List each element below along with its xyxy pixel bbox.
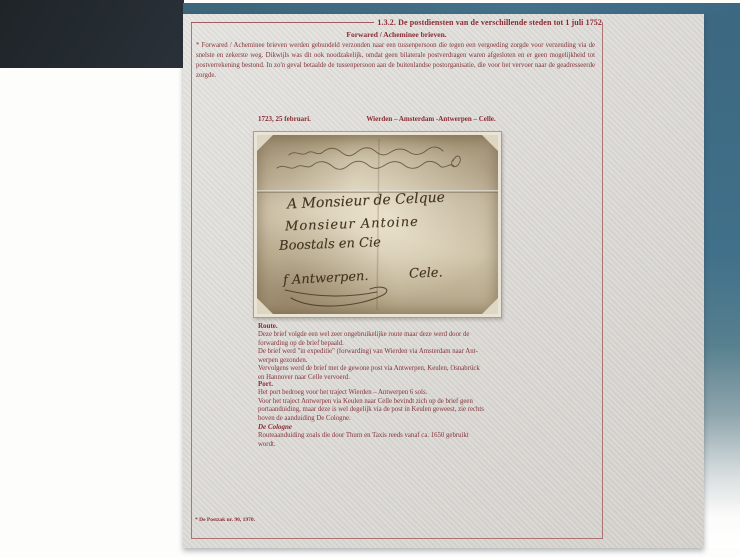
header-rule-line	[191, 22, 374, 23]
scanned-exhibit-photo: 1.3.2. De postdiensten van de verschille…	[0, 0, 740, 557]
route-heading: Route.	[258, 322, 278, 330]
intro-paragraph: * Forwared / Acheminee brieven werden ge…	[196, 41, 595, 81]
item-route: Wierden – Amsterdam -Antwerpen – Celle.	[355, 115, 507, 123]
port-text: Het port bedroeg voor het traject Wierde…	[258, 389, 510, 423]
photo-backdrop-top	[183, 3, 740, 14]
letter-paper: A Monsieur de Celque Monsieur Antoine Bo…	[257, 135, 498, 314]
section-title: 1.3.2. De postdiensten van de verschille…	[374, 18, 602, 27]
cologne-heading: De Cologne	[258, 423, 292, 431]
dark-corner-block	[0, 0, 184, 68]
section-header: 1.3.2. De postdiensten van de verschille…	[191, 17, 602, 27]
cologne-text: Routeaanduiding zoals die door Thurn en …	[258, 432, 510, 449]
item-date: 1723, 25 februari.	[258, 115, 311, 123]
port-heading: Port.	[258, 380, 273, 388]
footnote-reference: * De Postzak nr. 90, 1970.	[195, 517, 255, 523]
page-subtitle: Forwared / Acheminee brieven.	[191, 30, 602, 39]
route-text: Deze brief volgde een wel zeer ongebruik…	[258, 331, 510, 382]
letter-address-line: Cele.	[409, 265, 443, 281]
album-page: 1.3.2. De postdiensten van de verschille…	[183, 14, 704, 548]
letter-photo: A Monsieur de Celque Monsieur Antoine Bo…	[253, 131, 502, 318]
photo-backdrop-right	[704, 14, 740, 548]
